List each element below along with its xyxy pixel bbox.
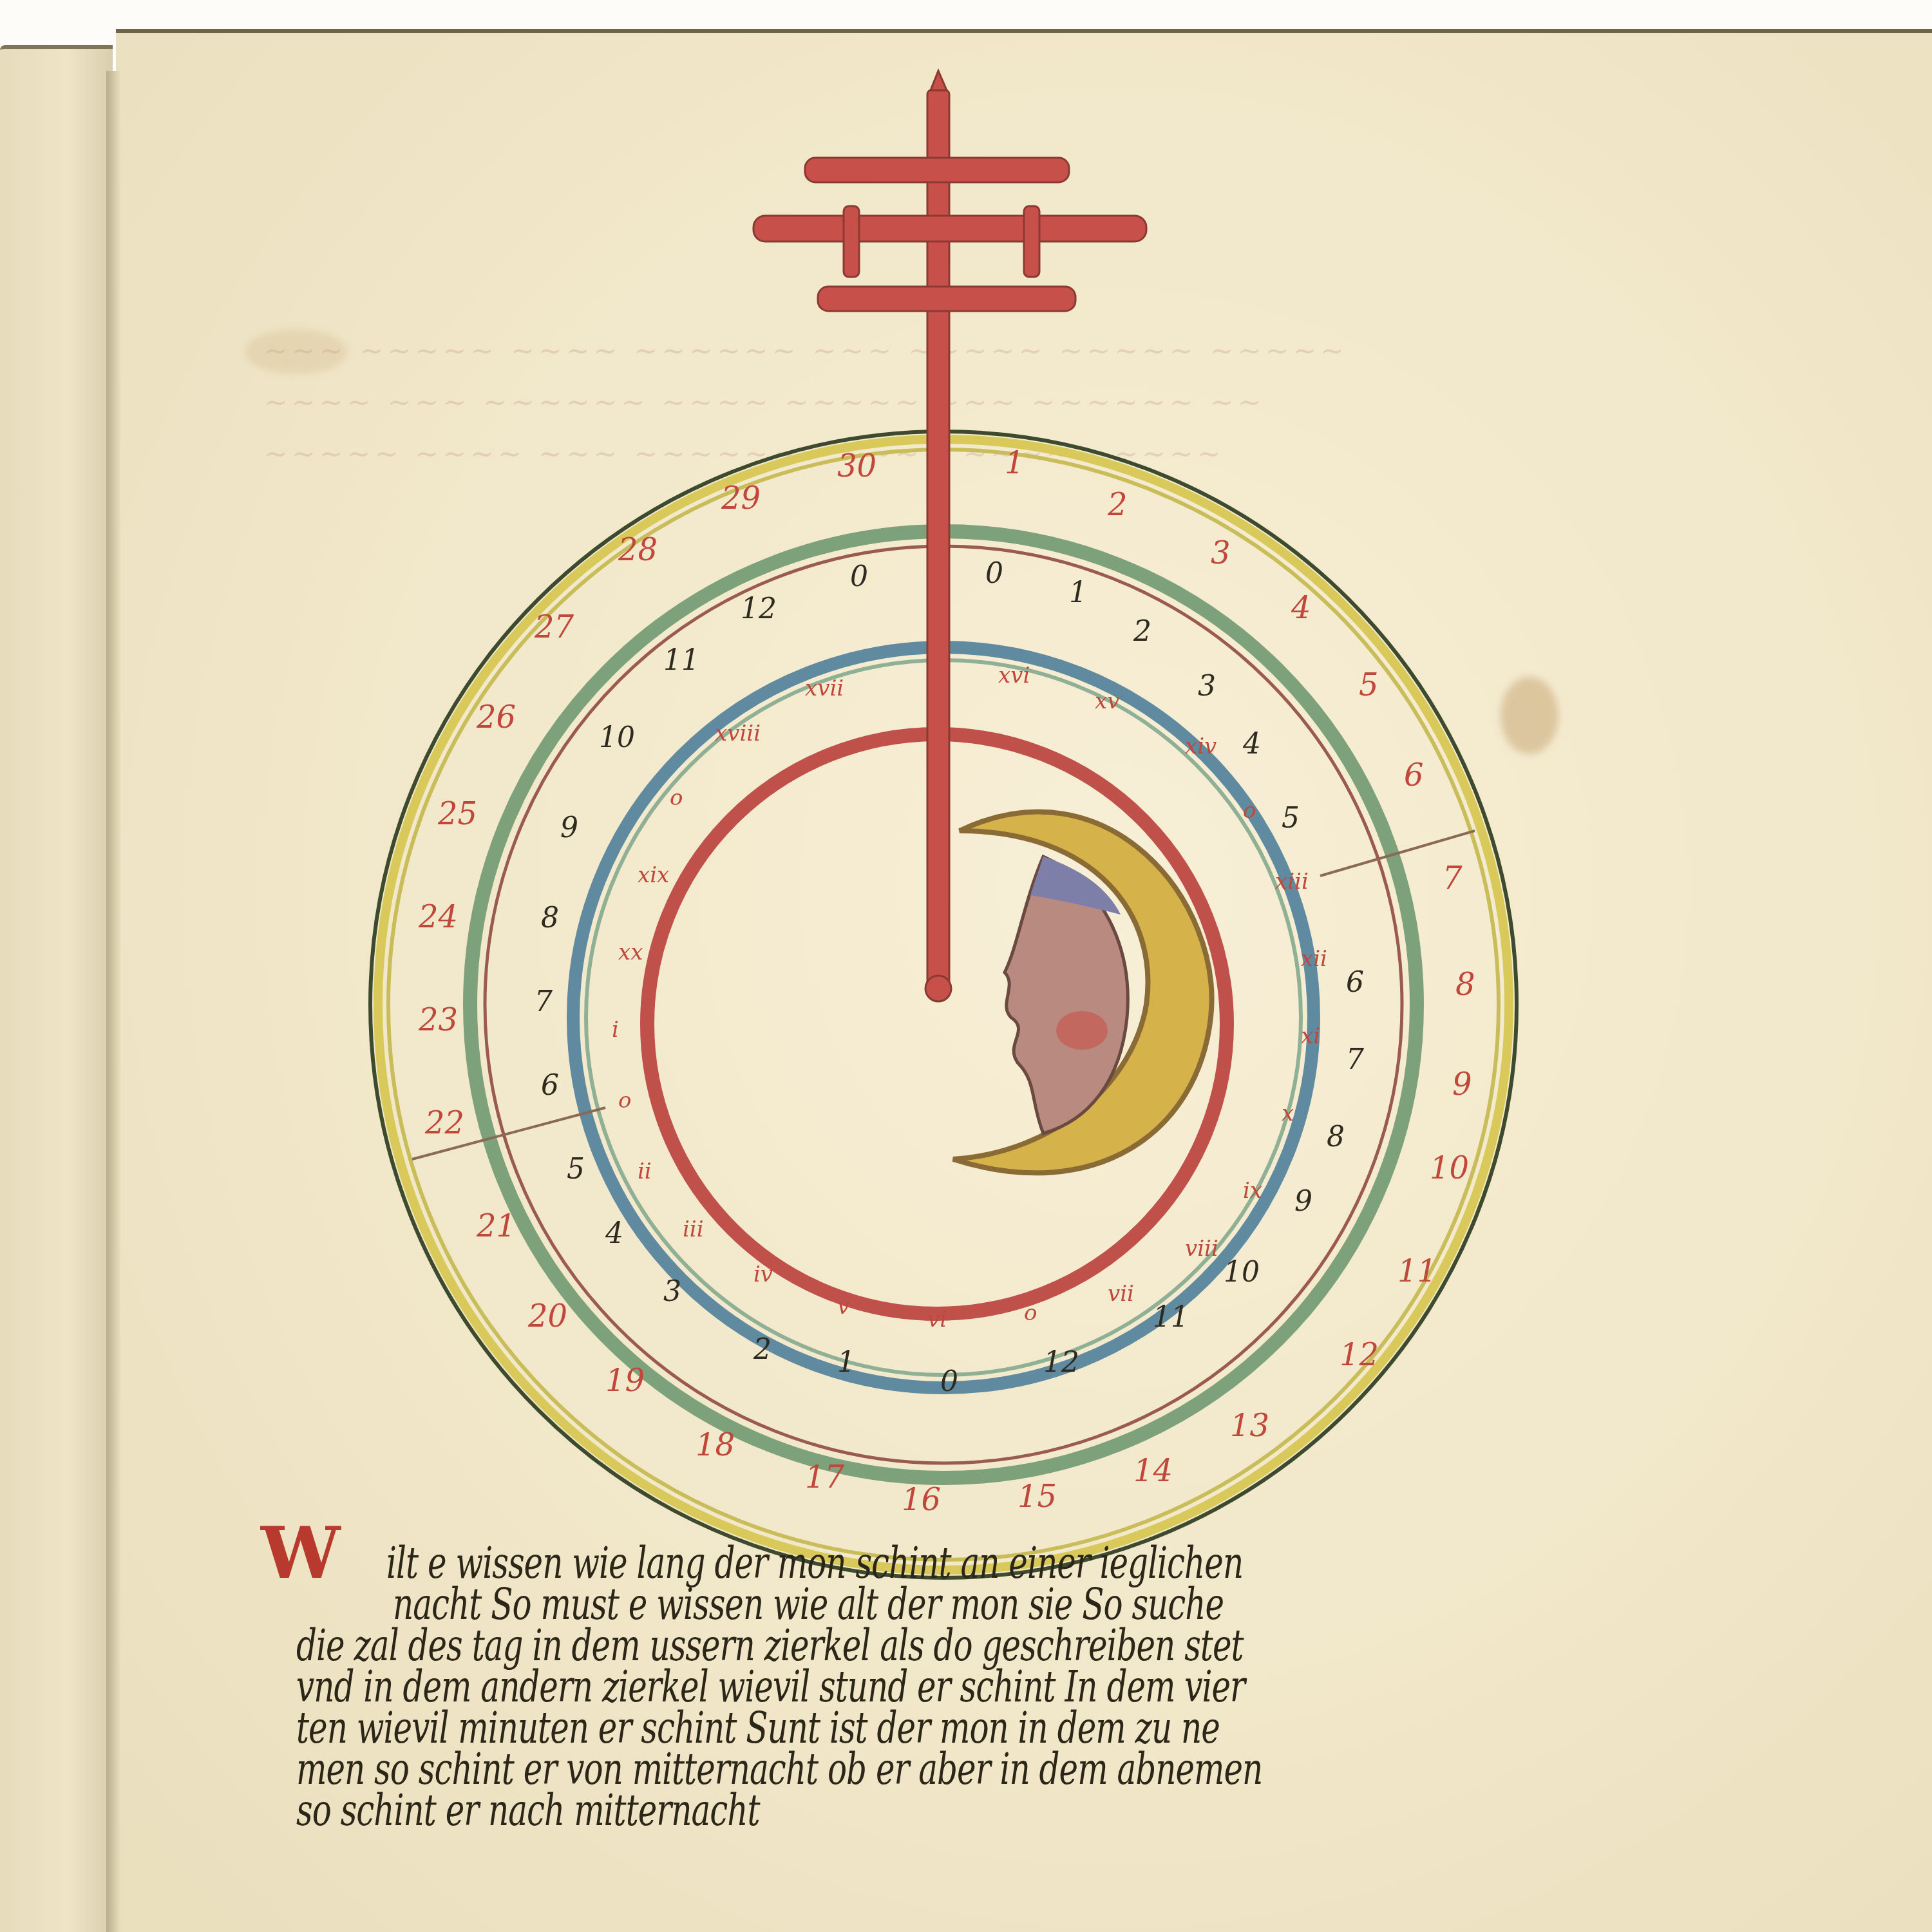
svg-text:6: 6 — [1346, 966, 1364, 999]
svg-text:2: 2 — [1133, 615, 1151, 648]
svg-text:9: 9 — [1452, 1066, 1472, 1103]
svg-text:21: 21 — [476, 1208, 516, 1244]
svg-text:13: 13 — [1230, 1408, 1269, 1444]
svg-text:xiv: xiv — [1185, 734, 1217, 759]
svg-text:o: o — [618, 1088, 631, 1113]
svg-text:x: x — [1282, 1101, 1294, 1126]
svg-text:23: 23 — [418, 1002, 458, 1038]
svg-text:11: 11 — [1153, 1301, 1189, 1334]
svg-text:8: 8 — [541, 902, 559, 934]
svg-text:viii: viii — [1185, 1236, 1218, 1262]
svg-text:5: 5 — [567, 1153, 585, 1186]
svg-text:14: 14 — [1133, 1453, 1173, 1489]
svg-text:28: 28 — [618, 532, 658, 568]
svg-text:vi: vi — [927, 1307, 947, 1332]
svg-text:10: 10 — [599, 721, 635, 754]
svg-text:16: 16 — [902, 1482, 941, 1518]
svg-text:xx: xx — [618, 940, 643, 965]
svg-text:7: 7 — [1443, 860, 1463, 896]
svg-text:4: 4 — [1242, 728, 1261, 761]
svg-text:22: 22 — [424, 1105, 464, 1141]
svg-text:11: 11 — [663, 644, 699, 677]
svg-text:15: 15 — [1018, 1479, 1057, 1515]
svg-text:5: 5 — [1359, 667, 1379, 703]
svg-text:0: 0 — [940, 1365, 958, 1398]
svg-text:o: o — [1024, 1300, 1037, 1326]
svg-text:xvi: xvi — [998, 663, 1030, 688]
svg-text:xvii: xvii — [805, 676, 844, 701]
svg-text:iv: iv — [753, 1262, 773, 1287]
svg-text:0: 0 — [850, 560, 868, 593]
text-line: so schint er nach mitternacht — [296, 1783, 1623, 1838]
svg-text:12: 12 — [741, 592, 777, 625]
svg-text:8: 8 — [1455, 967, 1475, 1003]
svg-text:2: 2 — [1107, 487, 1128, 523]
svg-text:0: 0 — [985, 557, 1003, 590]
svg-text:1: 1 — [1005, 445, 1025, 481]
svg-text:vii: vii — [1108, 1281, 1134, 1307]
svg-text:i: i — [612, 1017, 619, 1043]
svg-text:6: 6 — [1404, 757, 1424, 793]
svg-text:10: 10 — [1224, 1256, 1260, 1289]
svg-text:1: 1 — [1069, 576, 1087, 609]
svg-text:iii: iii — [683, 1217, 704, 1242]
svg-text:30: 30 — [837, 448, 876, 484]
svg-text:12: 12 — [1340, 1337, 1379, 1373]
svg-text:2: 2 — [753, 1333, 772, 1366]
svg-text:3: 3 — [663, 1275, 681, 1308]
svg-text:xviii: xviii — [715, 721, 761, 746]
svg-text:17: 17 — [805, 1459, 845, 1495]
svg-text:12: 12 — [1043, 1346, 1079, 1379]
svg-text:8: 8 — [1327, 1121, 1345, 1153]
svg-text:26: 26 — [476, 699, 516, 735]
manuscript-photo: ~~~ ~~~~~ ~~~~ ~~~~~~ ~~~ ~~~~~ ~~~~~ ~~… — [0, 0, 1932, 1932]
svg-text:6: 6 — [541, 1069, 559, 1102]
svg-text:24: 24 — [418, 899, 458, 935]
svg-text:xv: xv — [1095, 688, 1119, 714]
svg-text:xiii: xiii — [1275, 869, 1309, 895]
svg-text:11: 11 — [1397, 1253, 1437, 1289]
svg-text:xii: xii — [1301, 946, 1327, 972]
svg-text:5: 5 — [1282, 802, 1300, 835]
svg-text:27: 27 — [534, 609, 574, 645]
svg-text:7: 7 — [1346, 1043, 1364, 1076]
svg-text:7: 7 — [535, 985, 553, 1018]
manuscript-text: W ilt e wissen wie lang der mon schint a… — [296, 1542, 1623, 1831]
svg-text:29: 29 — [721, 480, 761, 516]
svg-text:ix: ix — [1243, 1178, 1262, 1204]
svg-text:4: 4 — [605, 1217, 623, 1250]
svg-text:1: 1 — [837, 1346, 855, 1379]
svg-text:18: 18 — [696, 1427, 735, 1463]
svg-text:o: o — [670, 785, 683, 811]
svg-text:xix: xix — [638, 862, 669, 888]
svg-text:v: v — [837, 1294, 849, 1320]
svg-text:o: o — [1243, 798, 1256, 824]
svg-text:3: 3 — [1198, 670, 1216, 703]
svg-text:ii: ii — [638, 1159, 652, 1184]
svg-text:10: 10 — [1430, 1150, 1469, 1186]
svg-text:3: 3 — [1211, 535, 1231, 571]
svg-text:9: 9 — [560, 811, 578, 844]
svg-text:19: 19 — [605, 1363, 645, 1399]
svg-text:xi: xi — [1301, 1023, 1320, 1049]
svg-text:4: 4 — [1291, 590, 1311, 626]
svg-text:9: 9 — [1294, 1185, 1312, 1218]
svg-text:25: 25 — [437, 796, 477, 832]
svg-text:20: 20 — [527, 1298, 567, 1334]
